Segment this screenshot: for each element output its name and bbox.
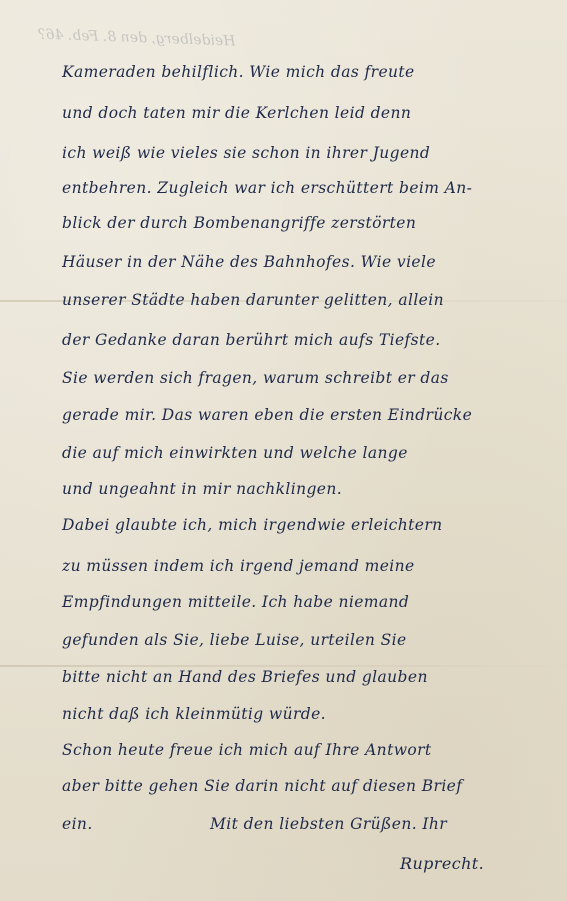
letter-line: unserer Städte haben darunter gelitten, …	[62, 290, 444, 310]
letter-line: bitte nicht an Hand des Briefes und glau…	[62, 667, 428, 687]
letter-line: ich weiß wie vieles sie schon in ihrer J…	[62, 143, 430, 163]
signature: Ruprecht.	[400, 854, 484, 874]
letter-line: gerade mir. Das waren eben die ersten Ei…	[62, 405, 472, 425]
bleed-through-header: Heidelberg, den 8. Feb. 46?	[38, 27, 236, 50]
closing-salutation: Mit den liebsten Grüßen. Ihr	[210, 814, 447, 834]
letter-line: gefunden als Sie, liebe Luise, urteilen …	[62, 630, 407, 650]
letter-line: Dabei glaubte ich, mich irgendwie erleic…	[62, 515, 443, 535]
letter-line: Häuser in der Nähe des Bahnhofes. Wie vi…	[62, 252, 436, 272]
letter-line: blick der durch Bombenangriffe zerstörte…	[62, 213, 416, 233]
letter-line: Schon heute freue ich mich auf Ihre Antw…	[62, 740, 432, 760]
letter-line: der Gedanke daran berührt mich aufs Tief…	[62, 330, 441, 350]
letter-line: Empfindungen mitteile. Ich habe niemand	[62, 592, 409, 612]
letter-line: aber bitte gehen Sie darin nicht auf die…	[62, 776, 462, 796]
letter-page: Heidelberg, den 8. Feb. 46? Kameraden be…	[0, 0, 567, 901]
letter-line: Kameraden behilflich. Wie mich das freut…	[62, 62, 415, 82]
letter-line: und ungeahnt in mir nachklingen.	[62, 479, 342, 499]
letter-line: nicht daß ich kleinmütig würde.	[62, 704, 326, 724]
letter-line: zu müssen indem ich irgend jemand meine	[62, 556, 415, 576]
letter-line: ein.	[62, 814, 93, 834]
letter-line: Sie werden sich fragen, warum schreibt e…	[62, 368, 449, 388]
letter-line: die auf mich einwirkten und welche lange	[62, 443, 408, 463]
letter-line: und doch taten mir die Kerlchen leid den…	[62, 103, 411, 123]
letter-line: entbehren. Zugleich war ich erschüttert …	[62, 178, 472, 198]
